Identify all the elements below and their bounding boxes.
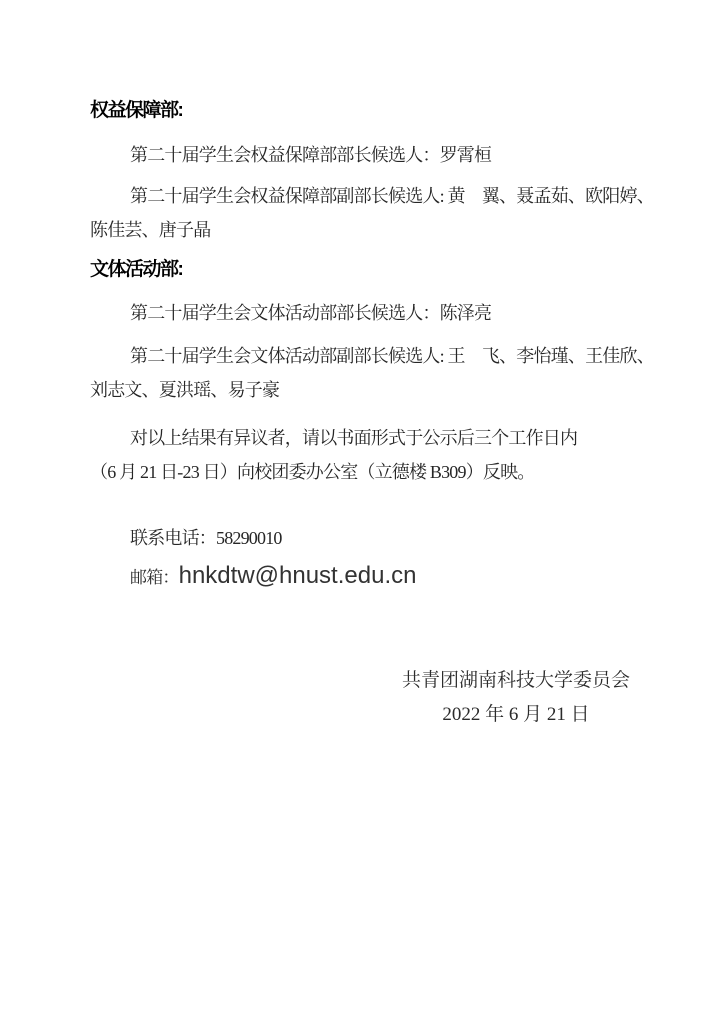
contact-email-line: 邮箱：hnkdtw@hnust.edu.cn xyxy=(90,557,630,597)
culture-deputy-candidates-line-1: 第二十届学生会文体活动部副部长候选人: 王 飞、李怡瑾、王佳欣、 xyxy=(90,339,630,373)
contact-phone-line: 联系电话：58290010 xyxy=(90,521,630,555)
objection-paragraph-line-2: （6 月 21 日-23 日）向校团委办公室（立德楼 B309）反映。 xyxy=(90,455,630,489)
culture-deputy-candidates-line-2: 刘志文、夏洪瑶、易子豪 xyxy=(90,373,630,407)
rights-deputy-candidates-line-2: 陈佳芸、唐子晶 xyxy=(90,213,630,247)
document-page: 权益保障部: 第二十届学生会权益保障部部长候选人：罗霄桓 第二十届学生会权益保障… xyxy=(0,0,720,1018)
signature-date: 2022 年 6 月 21 日 xyxy=(402,698,630,732)
email-address: hnkdtw@hnust.edu.cn xyxy=(179,562,417,589)
signature-block: 共青团湖南科技大学委员会 2022 年 6 月 21 日 xyxy=(402,664,630,732)
rights-deputy-candidates-line-1: 第二十届学生会权益保障部副部长候选人: 黄 翼、聂孟茹、欧阳婷、 xyxy=(90,179,630,213)
rights-chief-candidate-line: 第二十届学生会权益保障部部长候选人：罗霄桓 xyxy=(90,138,630,172)
section-heading-culture-sports-department: 文体活动部: xyxy=(90,253,630,287)
page-content: 权益保障部: 第二十届学生会权益保障部部长候选人：罗霄桓 第二十届学生会权益保障… xyxy=(90,94,630,732)
signature-organization: 共青团湖南科技大学委员会 xyxy=(402,664,630,698)
email-label: 邮箱： xyxy=(130,568,179,587)
objection-paragraph-line-1: 对以上结果有异议者，请以书面形式于公示后三个工作日内 xyxy=(90,421,630,455)
culture-chief-candidate-line: 第二十届学生会文体活动部部长候选人：陈泽亮 xyxy=(90,296,630,330)
section-heading-rights-department: 权益保障部: xyxy=(90,94,630,128)
